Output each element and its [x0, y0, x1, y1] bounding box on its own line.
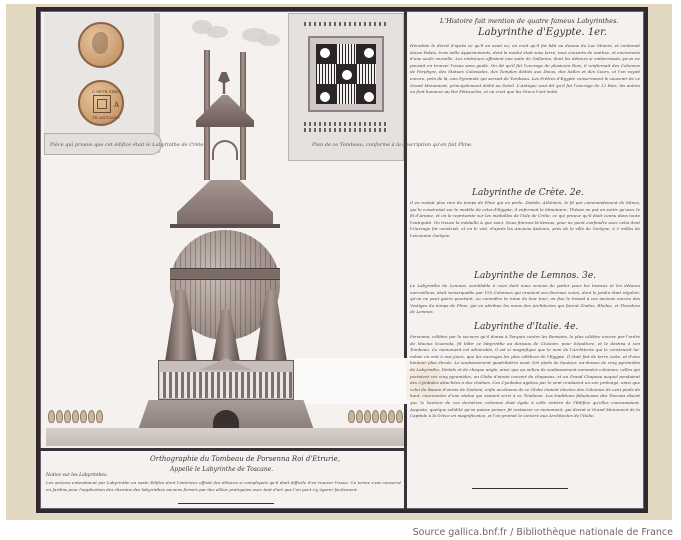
ground-strip	[46, 428, 404, 446]
tree-icon	[56, 410, 63, 423]
dome-rim	[170, 224, 280, 228]
tree-icon	[372, 410, 379, 423]
caption-rule	[178, 503, 274, 504]
tree-icon	[356, 410, 363, 423]
tree-icon	[88, 410, 95, 423]
smoke-icon	[258, 34, 280, 46]
note-text: Les anciens entendaient par Labyrinthe u…	[46, 480, 401, 500]
plate-subtitle: Appellé le Labyrinthe de Toscane.	[170, 466, 273, 473]
tree-icon	[396, 410, 403, 423]
colonnade-dots-bottom	[304, 122, 388, 126]
pyramid-circle-icon	[320, 48, 330, 58]
section-text-crete: Il en restait plus rien du temps de Plin…	[410, 200, 640, 262]
canopy-arch	[212, 140, 238, 160]
section-text-lemnos: Le Labyrinthe de Lemnos, semblable à ceu…	[410, 283, 640, 315]
labyrinth-floor-plan	[308, 36, 384, 112]
plate-title: Orthographie du Tombeau de Porsenna Roi …	[150, 455, 340, 463]
globe-band	[170, 268, 280, 280]
intro-heading: L'Histoire fait mention de quatre fameux…	[440, 17, 618, 25]
tree-icon	[80, 410, 87, 423]
section-title-egypt: Labyrinthe d'Egypte. 1er.	[478, 27, 607, 38]
medal-reverse-labyrinth: C.PETR.SIRIO TR.ANTONIO A	[78, 80, 124, 126]
section-text-italy: Porsenna, célèbre par le secours qu'il d…	[410, 334, 640, 486]
colonnade-dots-top	[304, 22, 388, 26]
note-label: Notice sur les Labyrinthes.	[46, 473, 108, 478]
tree-icon	[96, 410, 103, 423]
medal-obverse-portrait	[78, 22, 124, 68]
source-credit: Source gallica.bnf.fr / Bibliothèque nat…	[413, 527, 673, 538]
section-title-crete: Labyrinthe de Crète. 2e.	[472, 188, 584, 198]
pyramid-circle-icon	[364, 92, 374, 102]
colonnade-dots-bottom-2	[304, 128, 388, 132]
tree-icon	[72, 410, 79, 423]
smoke-icon	[206, 26, 228, 38]
medal-inscription-top: C.PETR.SIRIO	[92, 89, 121, 94]
tree-icon	[380, 410, 387, 423]
tree-icon	[364, 410, 371, 423]
tree-icon	[64, 410, 71, 423]
pyramid-circle-icon	[320, 92, 330, 102]
pyramid-circle-icon	[364, 48, 374, 58]
tree-icon	[348, 410, 355, 423]
section-text-egypt: Hérodote le décrit d'après ce qu'il en a…	[410, 43, 640, 186]
portrait-head-icon	[92, 32, 108, 54]
section-title-italy: Labyrinthe d'Italie. 4e.	[474, 322, 578, 332]
tree-icon	[48, 410, 55, 423]
column-end-rule	[472, 488, 568, 489]
central-pyramid-icon	[342, 70, 352, 80]
labyrinth-icon	[93, 95, 111, 113]
caption-divider	[40, 448, 406, 451]
medal-letter: A	[114, 101, 119, 109]
tree-icon	[388, 410, 395, 423]
section-title-lemnos: Labyrinthe de Lemnos. 3e.	[474, 271, 596, 281]
medal-scroll-caption: Pièce qui prouve que cet édifice était l…	[50, 142, 205, 148]
column-divider	[404, 11, 407, 509]
colonnade	[160, 372, 292, 398]
medal-inscription-bottom: TR.ANTONIO	[92, 115, 120, 120]
